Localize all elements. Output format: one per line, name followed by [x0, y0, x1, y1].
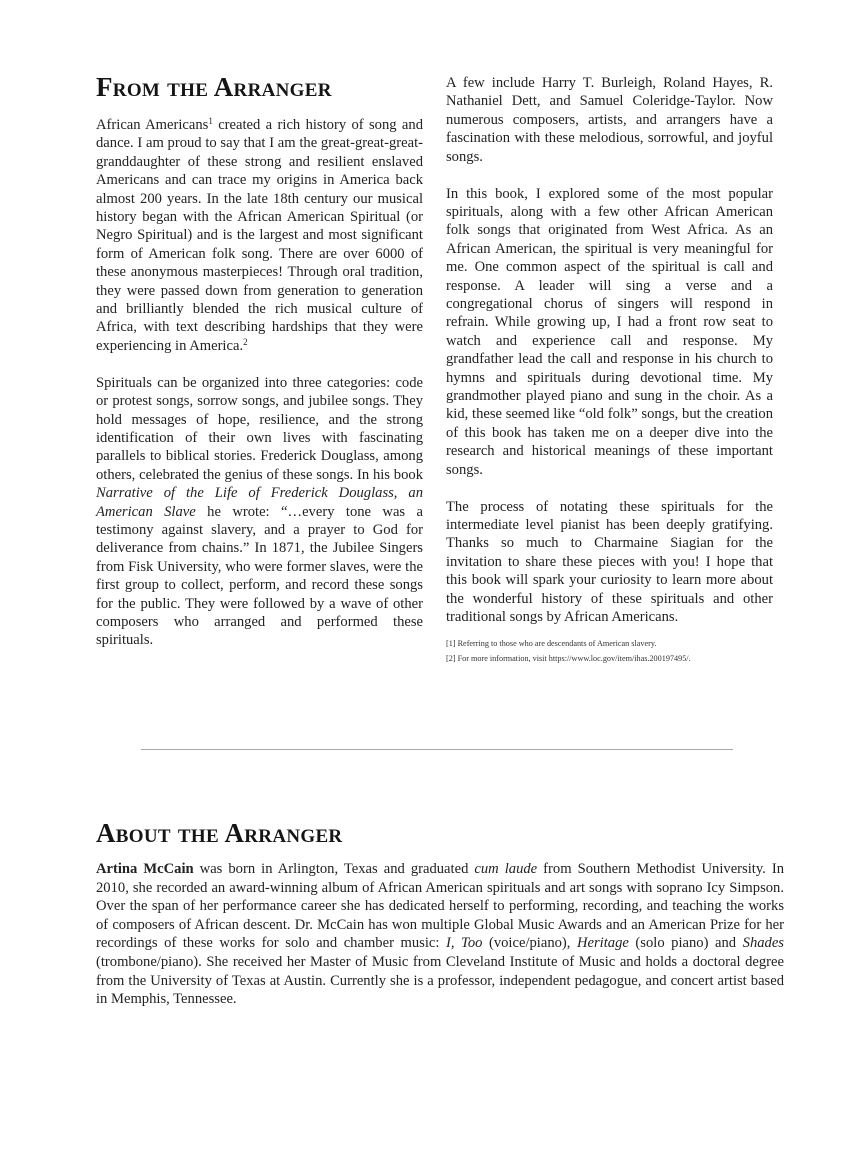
right-column: A few include Harry T. Burleigh, Roland …: [446, 74, 773, 666]
text-span: (trombone/piano). She received her Maste…: [96, 954, 784, 1007]
text-span: he wrote: “…every tone was a testimony a…: [96, 504, 423, 649]
left-column: From the Arranger African Americans1 cre…: [96, 72, 423, 650]
text-span: Spirituals can be organized into three c…: [96, 375, 423, 483]
honor: cum laude: [474, 861, 537, 877]
about-the-arranger-section: About the Arranger Artina McCain was bor…: [96, 818, 784, 1009]
document-page: From the Arranger African Americans1 cre…: [0, 0, 864, 1152]
from-the-arranger-heading: From the Arranger: [96, 72, 423, 102]
about-the-arranger-heading: About the Arranger: [96, 818, 784, 848]
work-title: Shades: [743, 935, 784, 951]
text-span: (solo piano) and: [629, 935, 743, 951]
footnote-1: [1] Referring to those who are descendan…: [446, 636, 773, 651]
text-span: (voice/piano),: [482, 935, 577, 951]
paragraph-spiritual-categories: Spirituals can be organized into three c…: [96, 374, 423, 650]
paragraph-acknowledgements: The process of notating these spirituals…: [446, 498, 773, 627]
work-title: Heritage: [577, 935, 629, 951]
footnotes: [1] Referring to those who are descendan…: [446, 636, 773, 666]
paragraph-biography: Artina McCain was born in Arlington, Tex…: [96, 860, 784, 1009]
paragraph-this-book: In this book, I explored some of the mos…: [446, 185, 773, 480]
paragraph-heritage: African Americans1 created a rich histor…: [96, 116, 423, 355]
text-span: African Americans: [96, 117, 208, 133]
text-span: created a rich history of song and dance…: [96, 117, 423, 354]
arranger-name: Artina McCain: [96, 861, 194, 877]
section-divider: [141, 749, 733, 750]
paragraph-composers: A few include Harry T. Burleigh, Roland …: [446, 74, 773, 166]
footnote-ref-2: 2: [243, 337, 248, 347]
footnote-2: [2] For more information, visit https://…: [446, 651, 773, 666]
text-span: was born in Arlington, Texas and graduat…: [194, 861, 475, 877]
work-title: I, Too: [446, 935, 482, 951]
